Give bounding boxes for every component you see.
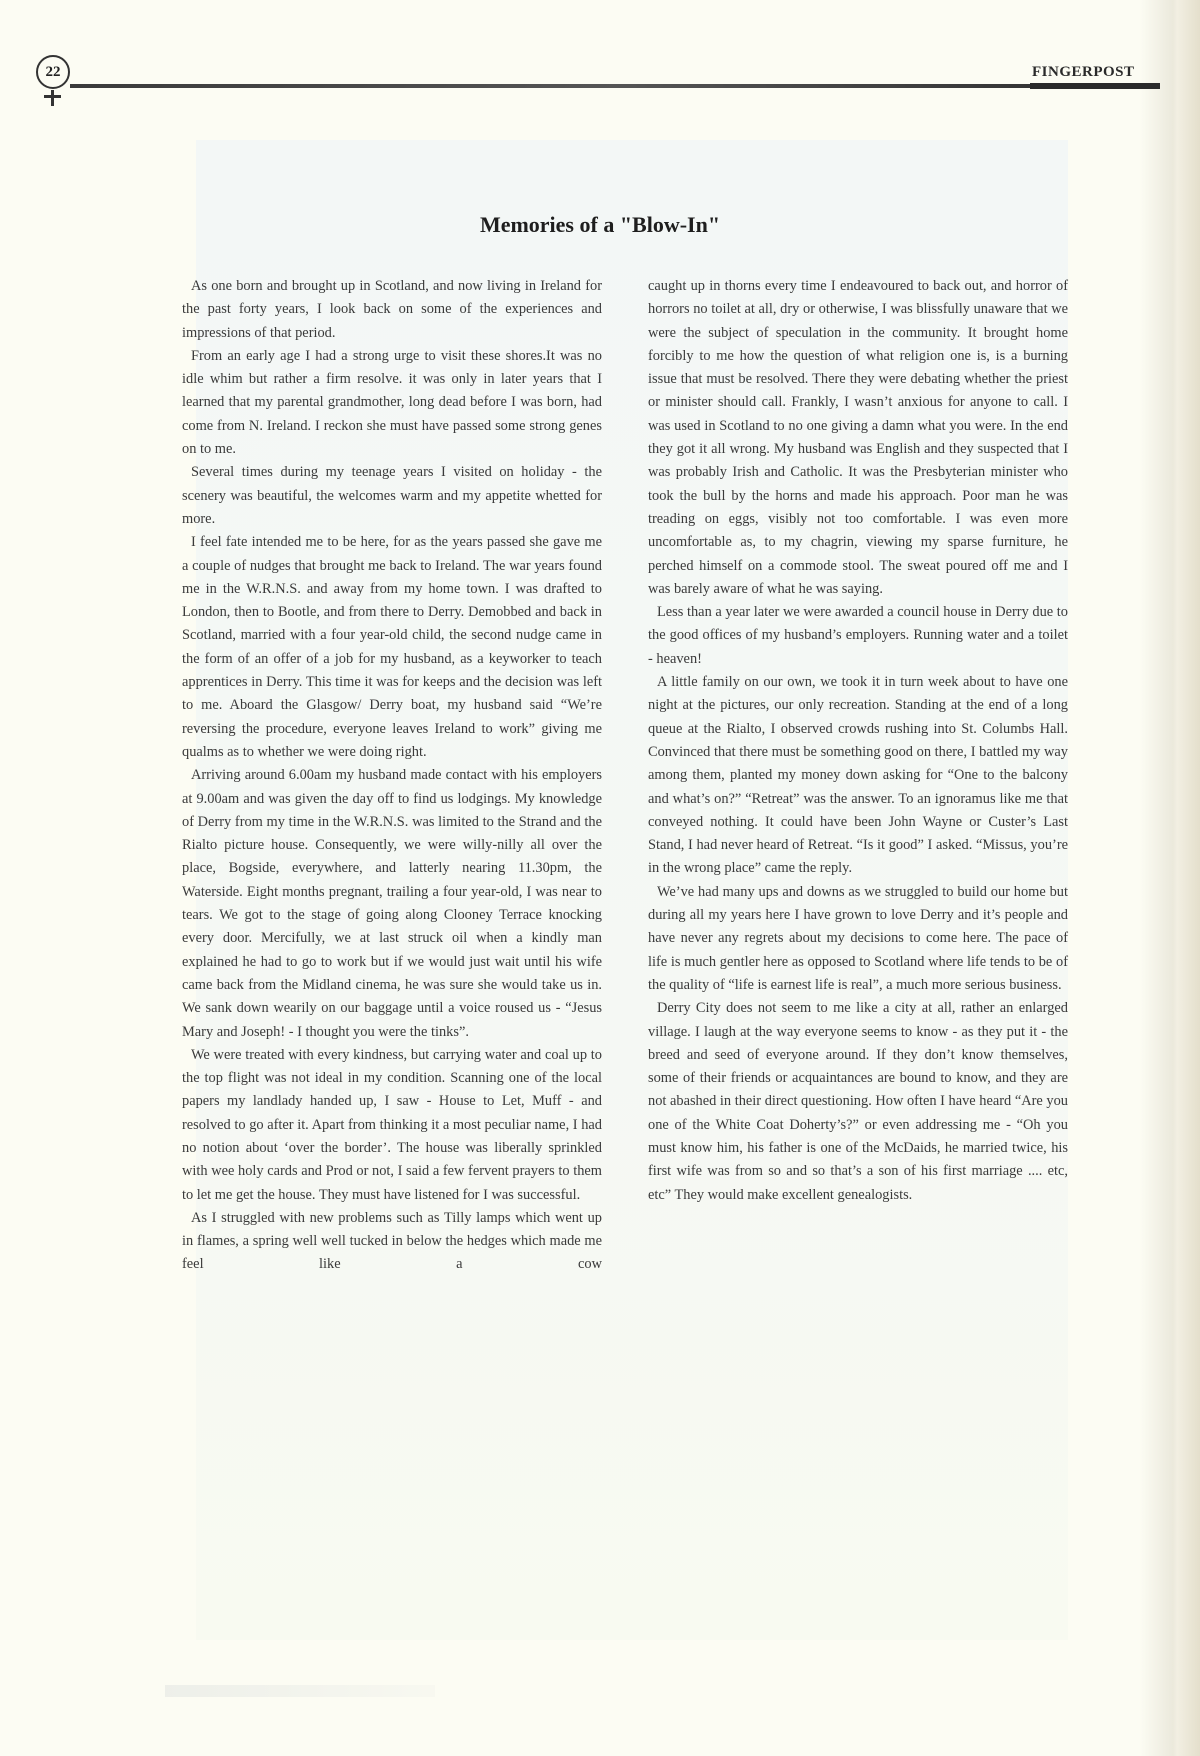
- paragraph: As one born and brought up in Scotland, …: [182, 275, 602, 345]
- paragraph: As I struggled with new problems such as…: [182, 1207, 602, 1277]
- paragraph: We’ve had many ups and downs as we strug…: [648, 881, 1068, 997]
- article-column-left: As one born and brought up in Scotland, …: [182, 275, 602, 1277]
- paragraph: Less than a year later we were awarded a…: [648, 601, 1068, 671]
- page-binding-edge: [1140, 0, 1200, 1756]
- paragraph: We were treated with every kindness, but…: [182, 1044, 602, 1207]
- paragraph: From an early age I had a strong urge to…: [182, 345, 602, 461]
- paragraph: Derry City does not seem to me like a ci…: [648, 997, 1068, 1207]
- venus-symbol-stem-icon: [51, 90, 54, 106]
- paragraph-continued: caught up in thorns every time I endeavo…: [648, 275, 1068, 601]
- page-number-venus-icon: 22: [36, 55, 70, 89]
- article-column-right: caught up in thorns every time I endeavo…: [648, 275, 1068, 1207]
- paragraph: I feel fate intended me to be here, for …: [182, 531, 602, 764]
- paragraph: Several times during my teenage years I …: [182, 461, 602, 531]
- magazine-name: FINGERPOST: [1032, 64, 1135, 81]
- venus-symbol-crossbar-icon: [44, 95, 61, 98]
- paragraph: A little family on our own, we took it i…: [648, 671, 1068, 881]
- header-rule-underline: [1030, 83, 1160, 89]
- page-header: 22 FINGERPOST: [0, 0, 1200, 130]
- paragraph: Arriving around 6.00am my husband made c…: [182, 764, 602, 1044]
- scan-artifact: [165, 1685, 435, 1697]
- header-rule: [70, 84, 1160, 88]
- article-title: Memories of a "Blow-In": [0, 212, 1200, 238]
- page-number: 22: [46, 64, 61, 81]
